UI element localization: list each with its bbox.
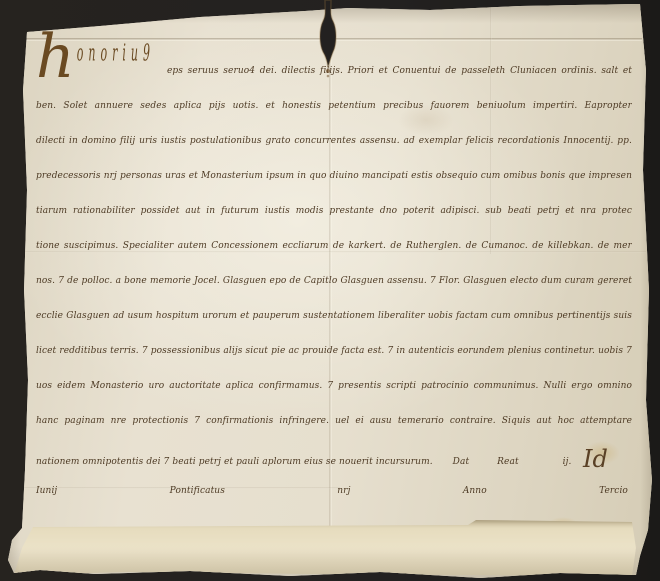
charter-line: dilecti in domino filij uris iustis post… — [36, 124, 632, 159]
dating-anno: Anno — [463, 474, 487, 509]
charter-line: ben. Solet annuere sedes aplica pijs uot… — [36, 89, 632, 124]
charter-line-text: eps seruus seruo4 dei. dilectis filijs. … — [167, 54, 632, 89]
closing-text: nationem omnipotentis dei 7 beati petrj … — [36, 445, 433, 474]
manuscript-photo: h onoriu9 eps seruus seruo4 dei. dilecti… — [0, 0, 660, 581]
dating-place: Reat — [497, 445, 519, 474]
charter-text: h onoriu9 eps seruus seruo4 dei. dilecti… — [36, 54, 632, 509]
charter-line: tione suscipimus. Specialiter autem Conc… — [36, 229, 632, 264]
charter-line: nos. 7 de polloc. a bone memorie Jocel. … — [36, 264, 632, 299]
illuminated-initial: h — [36, 28, 75, 89]
charter-line: predecessoris nrj personas uras et Monas… — [36, 159, 632, 194]
dating-day: ij. — [563, 445, 572, 474]
initial-word: onoriu9 — [77, 16, 155, 90]
charter-line: licet redditibus terris. 7 possessionibu… — [36, 334, 632, 369]
charter-dating-line-2: Iunij Pontificatus nrj Anno Tercio — [36, 474, 632, 509]
charter-line: tiarum rationabiliter possidet aut in fu… — [36, 194, 632, 229]
dating-ides-flourish: Id — [583, 442, 608, 474]
charter-line: ecclie Glasguen ad usum hospitum urorum … — [36, 299, 632, 334]
plica-fold — [8, 518, 640, 578]
parchment-sheet: h onoriu9 eps seruus seruo4 dei. dilecti… — [0, 0, 660, 581]
dating-month: Iunij — [36, 474, 57, 509]
charter-line: uos eidem Monasterio uro auctoritate apl… — [36, 369, 632, 404]
dating-nostri: nrj — [337, 474, 350, 509]
dating-year: Tercio — [599, 474, 628, 509]
charter-line: hanc paginam nre protectionis 7 confirma… — [36, 404, 632, 439]
dating-dat: Dat — [453, 445, 470, 474]
charter-line: h onoriu9 eps seruus seruo4 dei. dilecti… — [36, 54, 632, 89]
charter-dating-line: nationem omnipotentis dei 7 beati petrj … — [36, 439, 632, 474]
dating-pontificatus: Pontificatus — [170, 474, 225, 509]
